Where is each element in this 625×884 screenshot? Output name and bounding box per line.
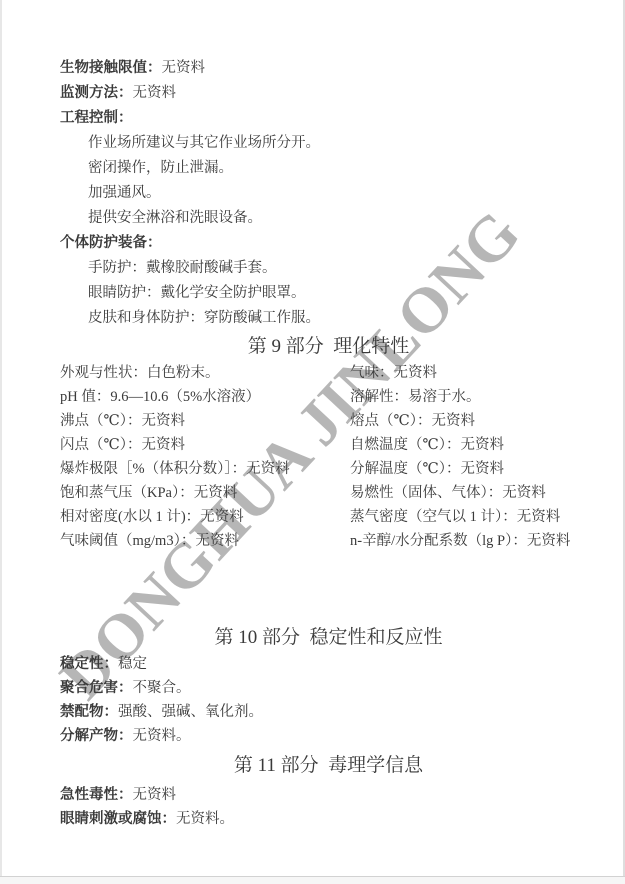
table-row: pH 值：9.6—10.6（5%水溶液）溶解性：易溶于水。 xyxy=(60,385,597,409)
property-cell: 易燃性（固体、气体）：无资料 xyxy=(350,481,597,505)
table-row: 气味阈值（mg/m3）：无资料n-辛醇/水分配系数（lg P）：无资料 xyxy=(60,529,597,553)
property-cell: 爆炸极限［%（体积分数）］：无资料 xyxy=(60,457,350,481)
property-cell: 外观与性状：白色粉末。 xyxy=(60,361,350,385)
line-ventilation: 加强通风。 xyxy=(60,181,597,206)
detail-text: 加强通风。 xyxy=(88,185,161,201)
table-row: 沸点（℃）：无资料熔点（℃）：无资料 xyxy=(60,409,597,433)
field-label: 急性毒性： xyxy=(60,787,133,803)
property-cell: 熔点（℃）：无资料 xyxy=(350,409,597,433)
line-monitoring-method: 监测方法：无资料 xyxy=(60,81,597,106)
detail-text: 密闭操作，防止泄漏。 xyxy=(88,160,233,176)
line-incompatible-materials: 禁配物：强酸、强碱、氧化剂。 xyxy=(60,700,597,724)
detail-text: 作业场所建议与其它作业场所分开。 xyxy=(88,135,320,151)
field-value: 稳定 xyxy=(118,656,147,672)
property-cell: 蒸气密度（空气以 1 计）：无资料 xyxy=(350,505,597,529)
property-cell: 气味：无资料 xyxy=(350,361,597,385)
field-value: 无资料。 xyxy=(133,728,191,744)
table-row: 闪点（℃）：无资料自燃温度（℃）：无资料 xyxy=(60,433,597,457)
line-closed-operation: 密闭操作，防止泄漏。 xyxy=(60,156,597,181)
field-value: 无资料 xyxy=(162,60,206,76)
section11-title: 第 11 部分 毒理学信息 xyxy=(60,752,597,780)
property-cell: 气味阈值（mg/m3）：无资料 xyxy=(60,529,350,553)
detail-text: 提供安全淋浴和洗眼设备。 xyxy=(88,210,262,226)
field-label: 监测方法： xyxy=(60,85,133,101)
property-cell: 自燃温度（℃）：无资料 xyxy=(350,433,597,457)
section10-title: 第 10 部分 稳定性和反应性 xyxy=(60,624,597,652)
line-eye-protection: 眼睛防护：戴化学安全防护眼罩。 xyxy=(60,281,597,306)
line-acute-toxicity: 急性毒性：无资料 xyxy=(60,783,597,807)
line-safety-shower: 提供安全淋浴和洗眼设备。 xyxy=(60,206,597,231)
field-label: 禁配物： xyxy=(60,704,118,720)
document-page: DONGHUA JINLONG 生物接触限值：无资料 监测方法：无资料 工程控制… xyxy=(0,0,625,884)
page-left-edge xyxy=(0,0,2,884)
table-row: 相对密度(水以 1 计)：无资料蒸气密度（空气以 1 计）：无资料 xyxy=(60,505,597,529)
document-content: 生物接触限值：无资料 监测方法：无资料 工程控制： 作业场所建议与其它作业场所分… xyxy=(60,56,597,831)
line-stability: 稳定性：稳定 xyxy=(60,652,597,676)
property-cell: 闪点（℃）：无资料 xyxy=(60,433,350,457)
field-value: 强酸、强碱、氧化剂。 xyxy=(118,704,263,720)
line-ppe-heading: 个体防护装备： xyxy=(60,231,597,256)
line-engineering-controls: 工程控制： xyxy=(60,106,597,131)
property-cell: 溶解性：易溶于水。 xyxy=(350,385,597,409)
line-bio-exposure-limit: 生物接触限值：无资料 xyxy=(60,56,597,81)
field-value: 无资料 xyxy=(133,787,177,803)
property-cell: 相对密度(水以 1 计)：无资料 xyxy=(60,505,350,529)
line-polymerization-hazard: 聚合危害：不聚合。 xyxy=(60,676,597,700)
field-value: 不聚合。 xyxy=(133,680,191,696)
line-decomposition-products: 分解产物：无资料。 xyxy=(60,724,597,748)
detail-text: 皮肤和身体防护：穿防酸碱工作服。 xyxy=(88,310,320,326)
detail-text: 手防护：戴橡胶耐酸碱手套。 xyxy=(88,260,277,276)
line-eye-irritation: 眼睛刺激或腐蚀：无资料。 xyxy=(60,807,597,831)
property-cell: n-辛醇/水分配系数（lg P）：无资料 xyxy=(350,529,597,553)
page-bottom-edge xyxy=(0,876,625,884)
table-row: 饱和蒸气压（KPa）：无资料易燃性（固体、气体）：无资料 xyxy=(60,481,597,505)
field-label: 聚合危害： xyxy=(60,680,133,696)
field-value: 无资料。 xyxy=(176,811,234,827)
detail-text: 眼睛防护：戴化学安全防护眼罩。 xyxy=(88,285,306,301)
line-skin-body-protection: 皮肤和身体防护：穿防酸碱工作服。 xyxy=(60,306,597,331)
property-cell: pH 值：9.6—10.6（5%水溶液） xyxy=(60,385,350,409)
field-label: 稳定性： xyxy=(60,656,118,672)
field-label: 分解产物： xyxy=(60,728,133,744)
property-cell: 沸点（℃）：无资料 xyxy=(60,409,350,433)
table-row: 爆炸极限［%（体积分数）］：无资料分解温度（℃）：无资料 xyxy=(60,457,597,481)
field-label: 工程控制： xyxy=(60,110,133,126)
line-hand-protection: 手防护：戴橡胶耐酸碱手套。 xyxy=(60,256,597,281)
field-label: 个体防护装备： xyxy=(60,235,162,251)
property-cell: 分解温度（℃）：无资料 xyxy=(350,457,597,481)
line-workplace-separation: 作业场所建议与其它作业场所分开。 xyxy=(60,131,597,156)
field-value: 无资料 xyxy=(133,85,177,101)
section9-title: 第 9 部分 理化特性 xyxy=(60,333,597,361)
section11-body: 急性毒性：无资料 眼睛刺激或腐蚀：无资料。 xyxy=(60,783,597,831)
property-cell: 饱和蒸气压（KPa）：无资料 xyxy=(60,481,350,505)
table-row: 外观与性状：白色粉末。气味：无资料 xyxy=(60,361,597,385)
field-label: 眼睛刺激或腐蚀： xyxy=(60,811,176,827)
field-label: 生物接触限值： xyxy=(60,60,162,76)
